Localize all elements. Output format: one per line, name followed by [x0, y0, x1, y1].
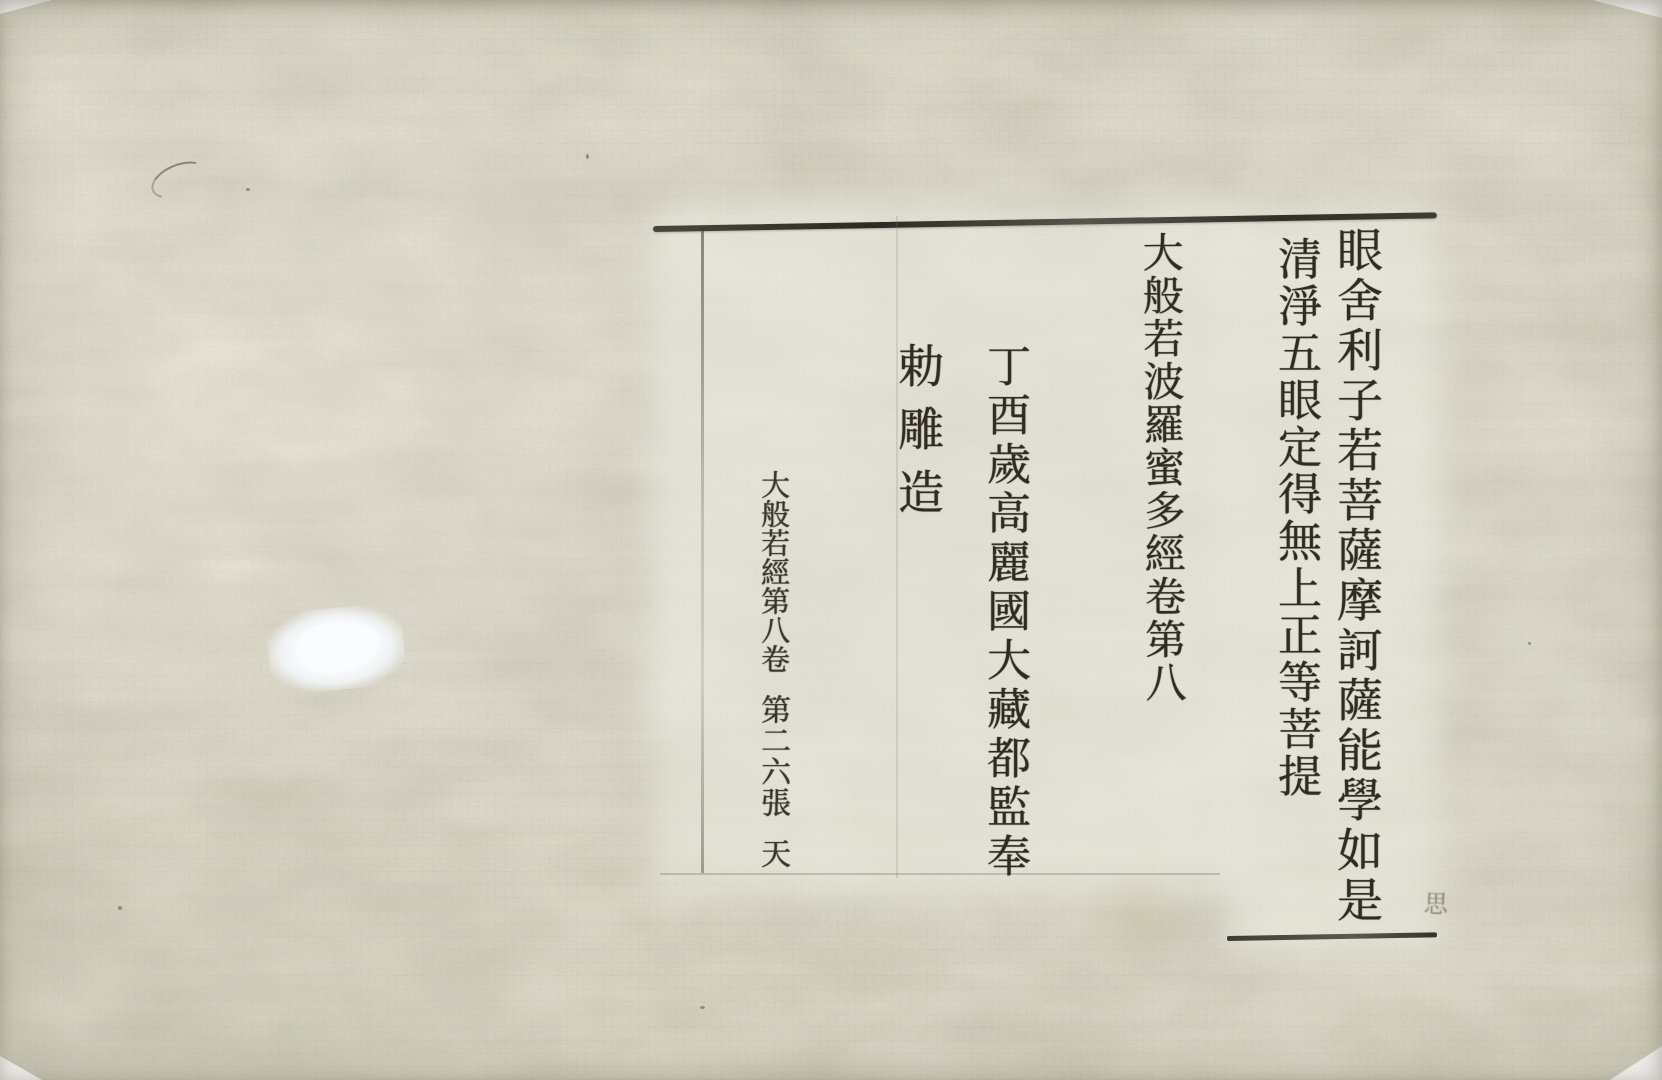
- block-left-border-rule: [701, 228, 704, 873]
- scan-corner-top-right: [1592, 0, 1662, 18]
- volume-title-column: 大般若波羅蜜多經卷第八: [1138, 231, 1182, 704]
- sutra-text-column-1: 眼舍利子若菩薩摩訶薩能學如是: [1333, 226, 1379, 926]
- margin-sutra-label: 大般若經第八卷: [758, 470, 787, 673]
- paper-speck: [118, 906, 122, 910]
- paper-speck: [246, 188, 250, 191]
- colophon-date-column: 丁酉歲高麗國大藏都監奉: [982, 343, 1026, 882]
- paper-speck: [586, 154, 589, 159]
- paper-speck: [700, 1006, 705, 1009]
- paper-speck: [1528, 642, 1531, 645]
- sutra-text-column-2: 清淨五眼定得無上正等菩提: [1273, 236, 1317, 800]
- paper-stain-upper: [430, 120, 570, 320]
- margin-case-character: 天: [757, 838, 787, 868]
- colophon-edict-column: 勅雕造: [894, 342, 940, 531]
- corner-collation-mark: 思: [1423, 884, 1448, 920]
- scan-corner-bottom-right: [1610, 1046, 1662, 1080]
- scanned-sutra-page: 眼舍利子若菩薩摩訶薩能學如是 清淨五眼定得無上正等菩提 大般若波羅蜜多經卷第八 …: [0, 0, 1662, 1080]
- paper-fold-crease: [896, 216, 898, 878]
- paper-stain-bottom: [1080, 878, 1195, 973]
- margin-sheet-number: 第二六張: [757, 694, 787, 818]
- scan-corner-bottom-left: [0, 1056, 42, 1080]
- paper-fiber-curl: [146, 154, 212, 205]
- scan-corner-top-left: [0, 0, 52, 14]
- block-bottom-faint-rule: [660, 873, 1220, 875]
